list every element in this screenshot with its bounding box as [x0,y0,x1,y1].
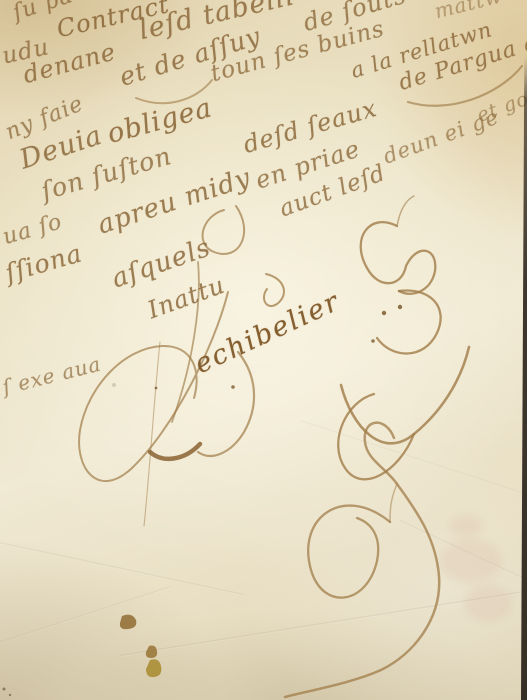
manuscript-photo: ſu paContractleſd tabellide ſoutsmattwud… [0,0,527,700]
ink-blots [3,383,162,696]
signature-flourish [79,292,254,526]
signature-paraph-lower [285,423,439,697]
signature-paraph-upper [338,196,469,479]
